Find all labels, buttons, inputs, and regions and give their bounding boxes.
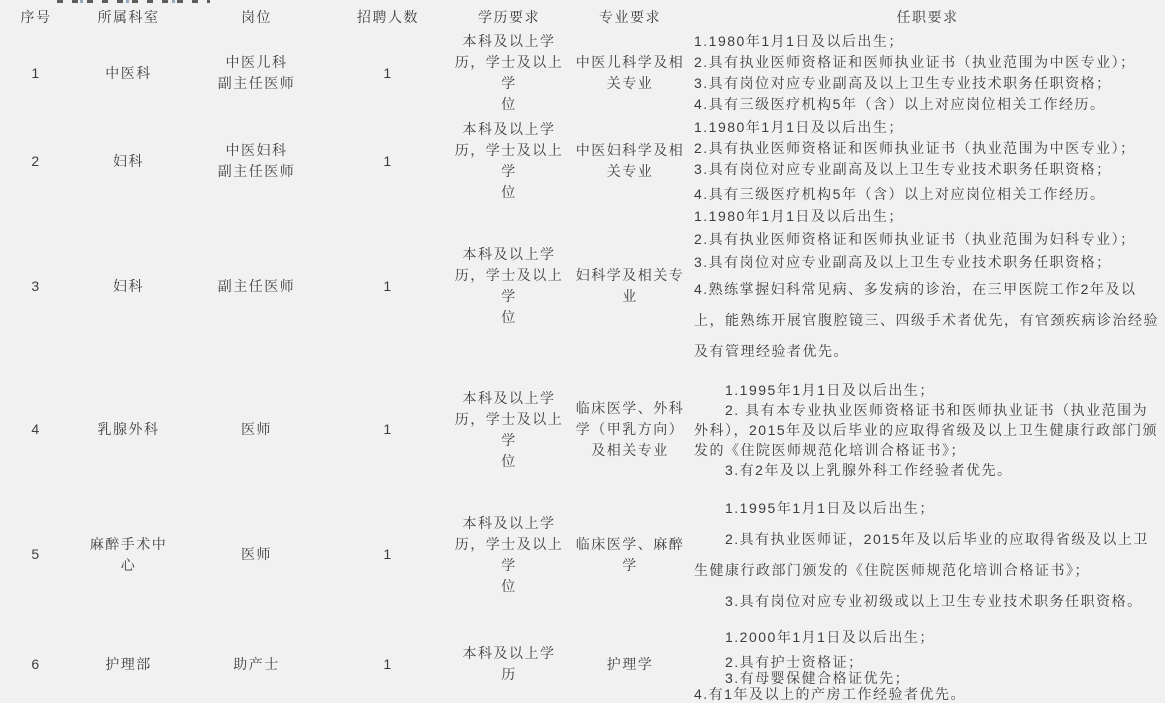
requirement-item: 1.1980年1月1日及以后出生；: [694, 117, 1161, 138]
requirement-item: 2.具有执业医师证，2015年及以后毕业的应取得省级及以上卫生健康行政部门颁发的…: [694, 524, 1161, 586]
requirement-item: 4.熟练掌握妇科常见病、多发病的诊治，在三甲医院工作2年及以上，能熟练开展官腹腔…: [694, 274, 1161, 367]
table-row-3: 3妇科副主任医师1本科及以上学 历，学士及以上学 位妇科学及相关专 业1.198…: [0, 205, 1165, 367]
cell-position: 副主任医师: [185, 205, 328, 367]
column-header-7: 任职要求: [690, 5, 1165, 29]
cell-count: 1: [328, 29, 448, 117]
requirement-item: 2.具有护士资格证；: [694, 654, 1161, 670]
requirement-item: 3.有母婴保健合格证优先；: [694, 670, 1161, 686]
cell-department: 妇科: [72, 205, 185, 367]
requirement-item: 2.具有执业医师资格证和医师执业证书（执业范围为妇科专业）；: [694, 228, 1161, 251]
table-row-6: 6护理部助产士1本科及以上学 历护理学 1.2000年1月1日及以后出生； 2.…: [0, 617, 1165, 703]
cell-major: 中医妇科学及相 关专业: [570, 117, 690, 205]
requirement-item: 3.具有岗位对应专业副高及以上卫生专业技术职务任职资格；: [694, 251, 1161, 274]
cell-major: 中医儿科学及相 关专业: [570, 29, 690, 117]
cell-position: 医师: [185, 367, 328, 492]
cell-major: 妇科学及相关专 业: [570, 205, 690, 367]
cell-department: 麻醉手术中 心: [72, 492, 185, 617]
cell-education: 本科及以上学 历，学士及以上学 位: [448, 492, 570, 617]
table-row-5: 5麻醉手术中 心医师1本科及以上学 历，学士及以上学 位临床医学、麻醉 学 1.…: [0, 492, 1165, 617]
cell-position: 中医儿科 副主任医师: [185, 29, 328, 117]
cell-count: 1: [328, 367, 448, 492]
recruitment-notice-page: 序号所属科室岗位招聘人数学历要求专业要求任职要求 1中医科中医儿科 副主任医师1…: [0, 0, 1165, 703]
requirement-item: 2. 具有本专业执业医师资格证书和医师执业证书（执业范围为外科），2015年及以…: [694, 400, 1161, 460]
table-row-2: 2妇科中医妇科 副主任医师1本科及以上学 历，学士及以上学 位中医妇科学及相 关…: [0, 117, 1165, 205]
cell-department: 乳腺外科: [72, 367, 185, 492]
cell-seq: 1: [0, 29, 72, 117]
cell-requirements: 1.2000年1月1日及以后出生； 2.具有护士资格证； 3.有母婴保健合格证优…: [690, 617, 1165, 703]
cell-position: 中医妇科 副主任医师: [185, 117, 328, 205]
cell-seq: 5: [0, 492, 72, 617]
cell-requirements: 1.1980年1月1日及以后出生；2.具有执业医师资格证和医师执业证书（执业范围…: [690, 29, 1165, 117]
cell-position: 助产士: [185, 617, 328, 703]
column-header-1: 序号: [0, 5, 72, 29]
column-header-3: 岗位: [185, 5, 328, 29]
column-header-5: 学历要求: [448, 5, 570, 29]
requirement-item: 1.1980年1月1日及以后出生；: [694, 205, 1161, 228]
cell-education: 本科及以上学 历，学士及以上学 位: [448, 117, 570, 205]
table-row-1: 1中医科中医儿科 副主任医师1本科及以上学 历，学士及以上学 位中医儿科学及相 …: [0, 29, 1165, 117]
header-row: 序号所属科室岗位招聘人数学历要求专业要求任职要求: [0, 5, 1165, 29]
requirement-item: 4.具有三级医疗机构5年（含）以上对应岗位相关工作经历。: [694, 184, 1161, 205]
requirement-item: 1.1995年1月1日及以后出生；: [694, 493, 1161, 524]
cell-department: 中医科: [72, 29, 185, 117]
cell-count: 1: [328, 205, 448, 367]
requirement-item: 4.有1年及以上的产房工作经验者优先。: [694, 686, 1161, 702]
table-row-4: 4乳腺外科医师1本科及以上学 历，学士及以上学 位临床医学、外科 学（甲乳方向）…: [0, 367, 1165, 492]
cell-education: 本科及以上学 历，学士及以上学 位: [448, 367, 570, 492]
cell-requirements: 1.1980年1月1日及以后出生；2.具有执业医师资格证和医师执业证书（执业范围…: [690, 205, 1165, 367]
requirement-item: 4.具有三级医疗机构5年（含）以上对应岗位相关工作经历。: [694, 94, 1161, 115]
requirement-item: 3.具有岗位对应专业副高及以上卫生专业技术职务任职资格；: [694, 159, 1161, 180]
requirement-item: 3.有2年及以上乳腺外科工作经验者优先。: [694, 460, 1161, 480]
recruitment-positions-table: 序号所属科室岗位招聘人数学历要求专业要求任职要求 1中医科中医儿科 副主任医师1…: [0, 5, 1165, 703]
requirement-item: 3.具有岗位对应专业初级或以上卫生专业技术职务任职资格。: [694, 586, 1161, 617]
cell-requirements: 1.1995年1月1日及以后出生； 2.具有执业医师证，2015年及以后毕业的应…: [690, 492, 1165, 617]
cell-seq: 4: [0, 367, 72, 492]
cell-department: 妇科: [72, 117, 185, 205]
cell-seq: 3: [0, 205, 72, 367]
cell-count: 1: [328, 117, 448, 205]
requirement-item: 2.具有执业医师资格证和医师执业证书（执业范围为中医专业）；: [694, 138, 1161, 159]
cell-major: 临床医学、麻醉 学: [570, 492, 690, 617]
requirement-item: 1.1980年1月1日及以后出生；: [694, 31, 1161, 52]
requirement-item: 1.2000年1月1日及以后出生；: [694, 627, 1161, 647]
clipped-text-fragment: [57, 0, 210, 3]
column-header-4: 招聘人数: [328, 5, 448, 29]
cell-position: 医师: [185, 492, 328, 617]
cell-major: 临床医学、外科 学（甲乳方向） 及相关专业: [570, 367, 690, 492]
cell-count: 1: [328, 617, 448, 703]
requirement-item: 1.1995年1月1日及以后出生；: [694, 380, 1161, 400]
table-body: 1中医科中医儿科 副主任医师1本科及以上学 历，学士及以上学 位中医儿科学及相 …: [0, 29, 1165, 703]
cell-education: 本科及以上学 历: [448, 617, 570, 703]
cell-requirements: 1.1980年1月1日及以后出生；2.具有执业医师资格证和医师执业证书（执业范围…: [690, 117, 1165, 205]
cell-count: 1: [328, 492, 448, 617]
requirement-item: 3.具有岗位对应专业副高及以上卫生专业技术职务任职资格；: [694, 73, 1161, 94]
cell-department: 护理部: [72, 617, 185, 703]
cell-education: 本科及以上学 历，学士及以上学 位: [448, 29, 570, 117]
cell-seq: 6: [0, 617, 72, 703]
cell-seq: 2: [0, 117, 72, 205]
cell-education: 本科及以上学 历，学士及以上学 位: [448, 205, 570, 367]
column-header-6: 专业要求: [570, 5, 690, 29]
cell-requirements: 1.1995年1月1日及以后出生； 2. 具有本专业执业医师资格证书和医师执业证…: [690, 367, 1165, 492]
column-header-2: 所属科室: [72, 5, 185, 29]
requirement-item: 2.具有执业医师资格证和医师执业证书（执业范围为中医专业）；: [694, 52, 1161, 73]
cell-major: 护理学: [570, 617, 690, 703]
